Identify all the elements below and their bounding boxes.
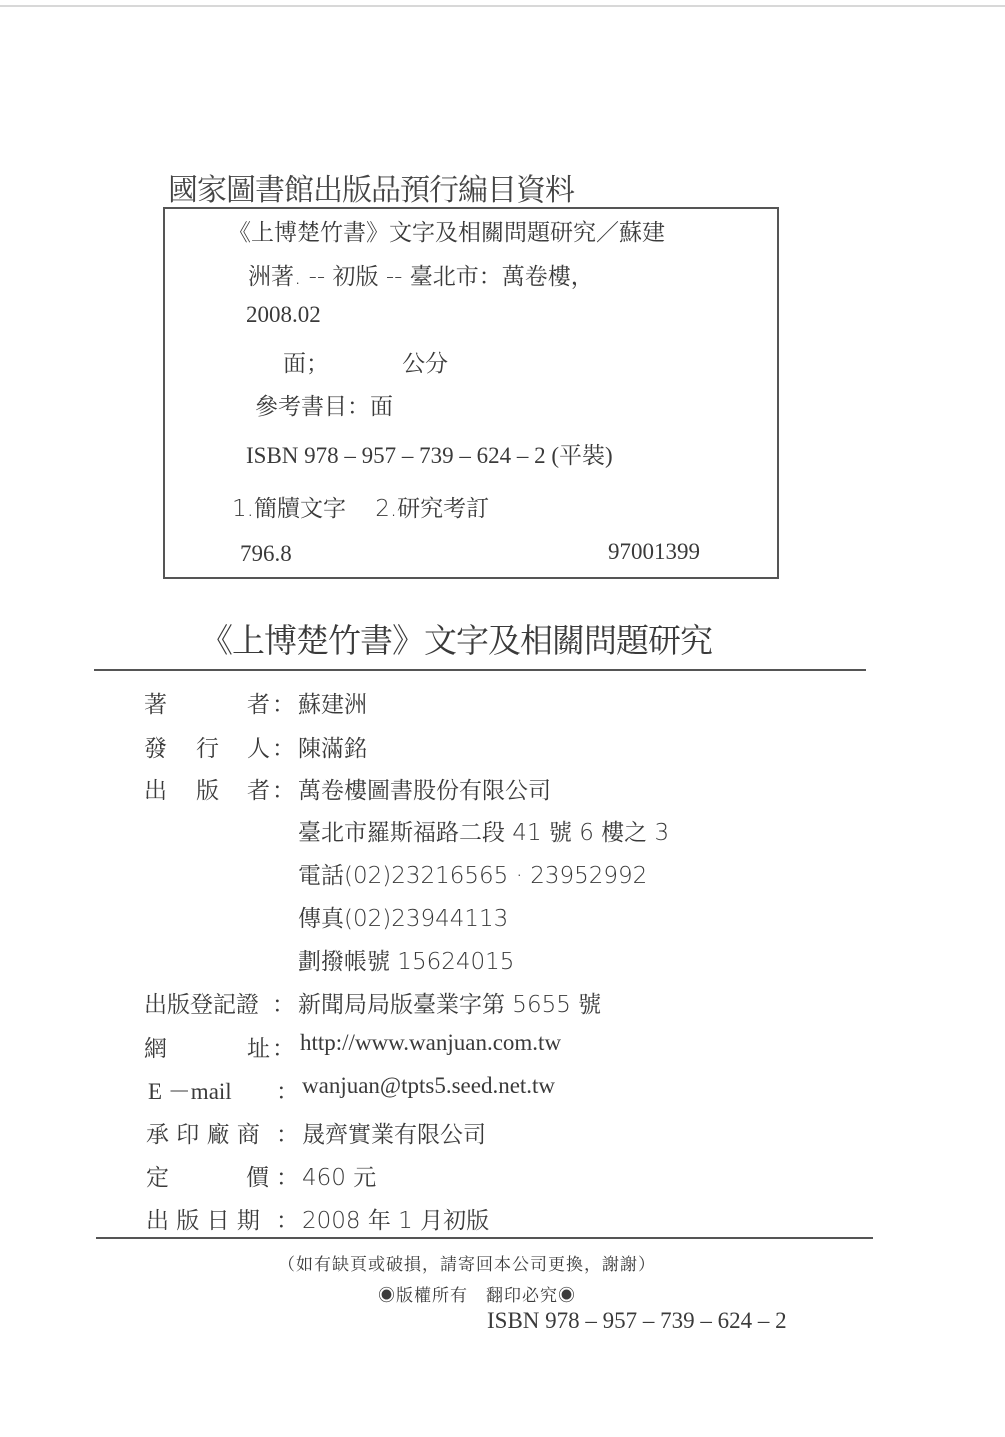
price-value: 460 元 [302,1159,376,1192]
colon: ： [272,772,295,805]
email-link[interactable]: wanjuan@tpts5.seed.net.tw [302,1073,555,1099]
cip-line-isbn: ISBN 978 – 957 – 739 – 624 – 2 (平裝) [246,437,613,470]
price-label-b: 價 [246,1159,269,1192]
colon: ： [272,730,295,763]
pub-date-value: 2008 年 1 月初版 [302,1202,489,1235]
cip-line-subjects: 1.簡牘文字 2.研究考訂 [232,490,489,523]
publisher-postal-account: 劃撥帳號 15624015 [298,943,514,976]
website-label-a: 網 [144,1030,167,1063]
footer-divider [96,1237,873,1239]
website-link[interactable]: http://www.wanjuan.com.tw [300,1030,561,1056]
issuer-value: 陳滿銘 [298,730,367,763]
cip-line-date: 2008.02 [246,302,321,328]
registration-label: 出版登記證 [144,986,259,1019]
printer-label: 承 印 廠 商 [146,1116,260,1149]
publisher-label-c: 者 [247,772,270,805]
colon: ： [276,1116,299,1149]
price-label-a: 定 [146,1159,169,1192]
colon: ： [276,1073,299,1106]
printer-value: 晟齊實業有限公司 [302,1116,486,1149]
footer-isbn: ISBN 978 – 957 – 739 – 624 – 2 [487,1308,787,1334]
email-label: E －mail [148,1073,232,1106]
registration-value: 新聞局局版臺業字第 5655 號 [298,986,601,1019]
cip-record-number: 97001399 [608,539,700,565]
replacement-note: （如有缺頁或破損，請寄回本公司更換，謝謝） [278,1250,656,1275]
title-divider [94,669,866,671]
website-label-b: 址 [247,1030,270,1063]
colon: ： [276,1202,299,1235]
publisher-address: 臺北市羅斯福路二段 41 號 6 樓之 3 [298,814,669,847]
issuer-label-b: 行 [196,730,219,763]
issuer-label-c: 人 [247,730,270,763]
pub-date-label: 出 版 日 期 [146,1202,260,1235]
cip-heading: 國家圖書館出版品預行編目資料 [168,165,574,209]
publisher-phone: 電話(02)23216565 · 23952992 [298,857,647,890]
cip-line-bibliography: 參考書目：面 [255,388,393,421]
page-top-edge [0,5,1005,7]
colon: ： [272,686,295,719]
cip-line-pages: 面； 公分 [283,345,448,378]
colon: ： [272,986,295,1019]
cip-class-number: 796.8 [240,541,292,567]
author-value: 蘇建洲 [298,686,367,719]
publisher-value: 萬卷樓圖書股份有限公司 [298,772,551,805]
author-label-b: 者 [247,686,270,719]
publisher-fax: 傳真(02)23944113 [298,900,508,933]
issuer-label-a: 發 [144,730,167,763]
cip-line-edition: 洲著. -- 初版 -- 臺北市：萬卷樓， [248,258,594,291]
colon: ： [272,1030,295,1063]
book-title: 《上博楚竹書》文字及相關問題研究 [200,615,712,662]
cip-line-title: 《上博楚竹書》文字及相關問題研究／蘇建 [228,214,665,247]
publisher-label-a: 出 [144,772,167,805]
copyright-notice: ◉版權所有 翻印必究◉ [378,1281,576,1306]
colon: ： [276,1159,299,1192]
author-label-a: 著 [144,686,167,719]
publisher-label-b: 版 [196,772,219,805]
